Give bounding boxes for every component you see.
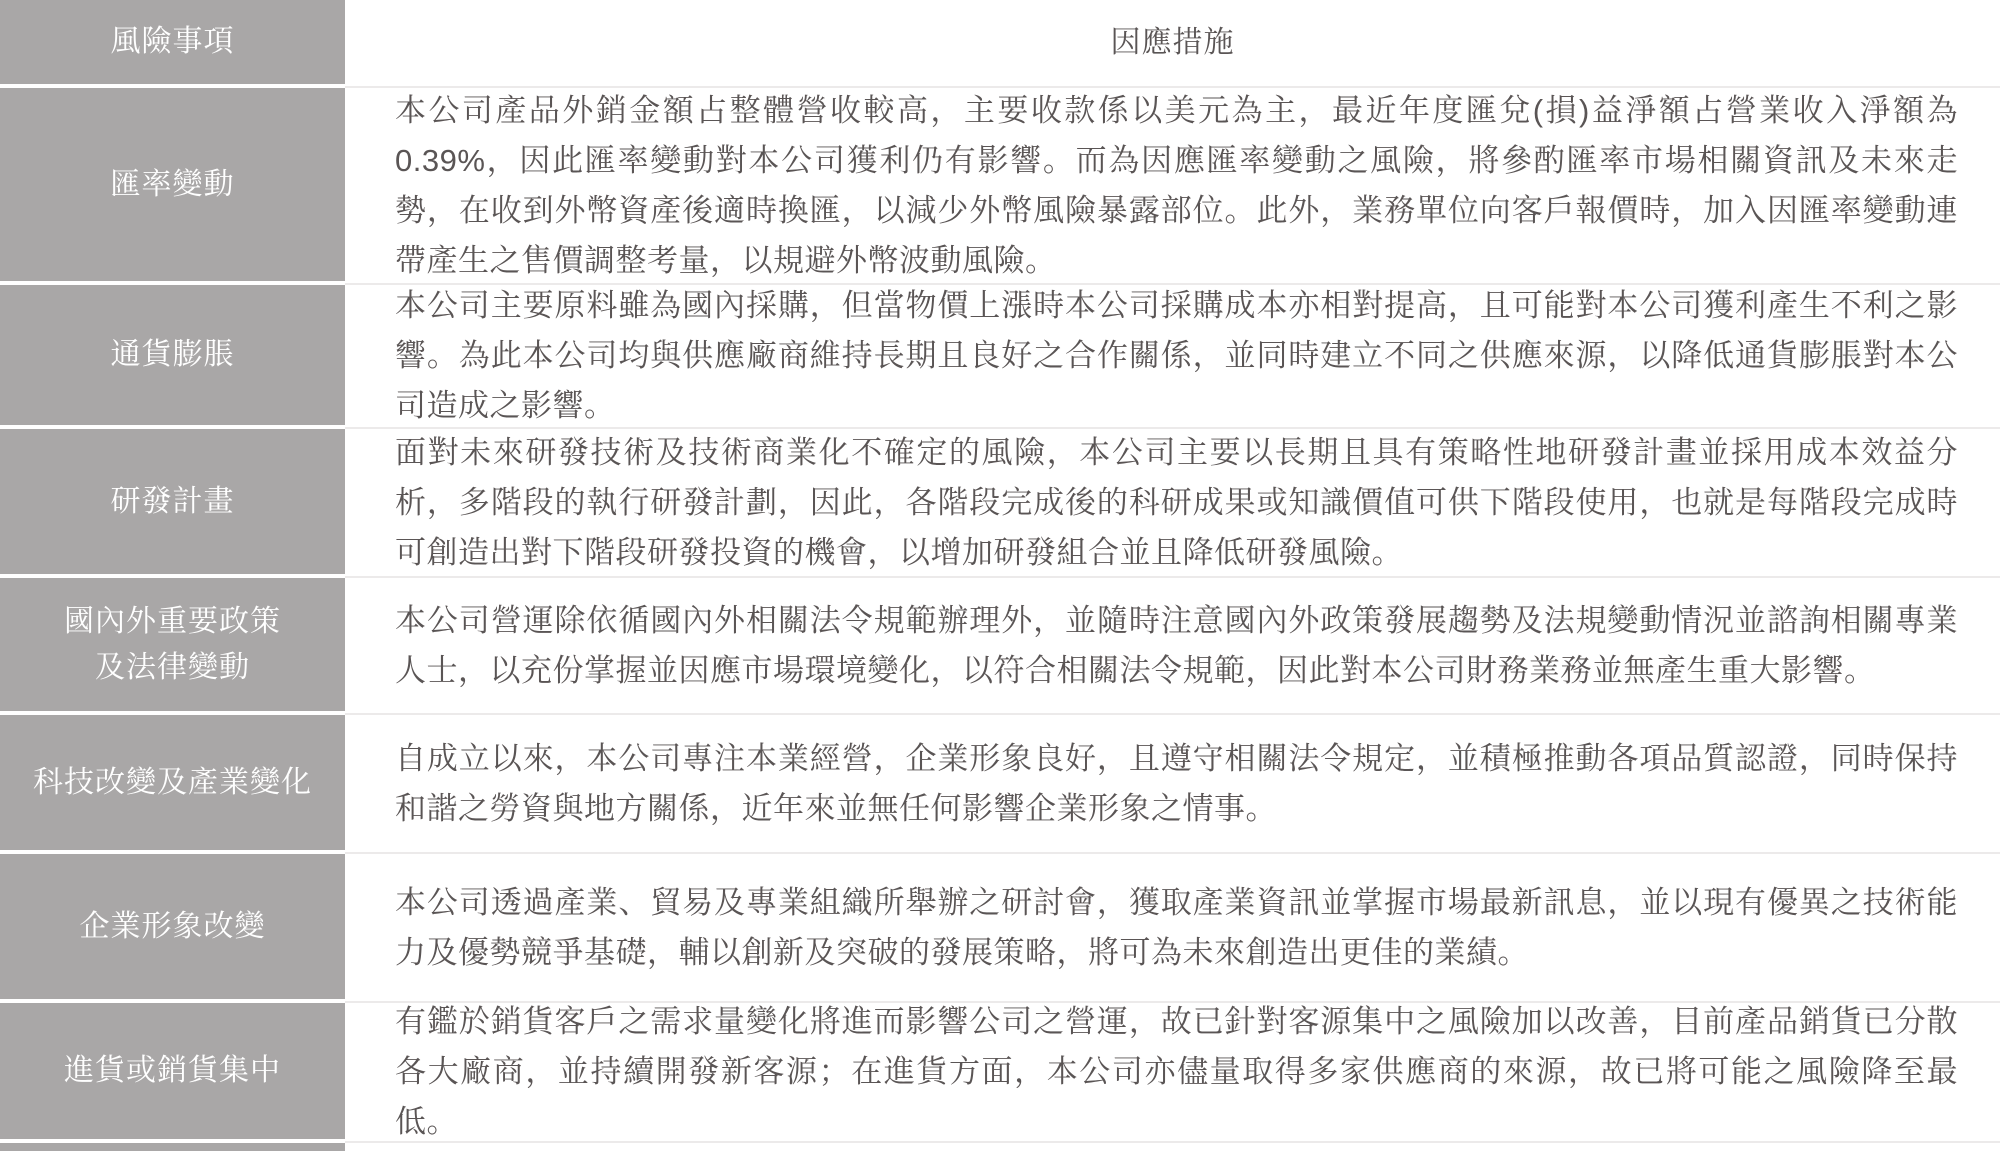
cutoff-gray-cell — [0, 1143, 345, 1151]
measure-cell: 本公司營運除依循國內外相關法令規範辦理外，並隨時注意國內外政策發展趨勢及法規變動… — [345, 578, 2000, 715]
cutoff-white-cell — [345, 1143, 2000, 1151]
risk-label-cell: 進貨或銷貨集中 — [0, 1003, 345, 1143]
table-header-row: 風險事項 因應措施 — [0, 0, 2000, 88]
measure-cell: 本公司透過產業、貿易及專業組織所舉辦之研討會，獲取產業資訊並掌握市場最新訊息，並… — [345, 854, 2000, 1003]
next-row-cutoff-sliver — [0, 1143, 2000, 1151]
risk-measures-table: 風險事項 因應措施 匯率變動 本公司產品外銷金額占整體營收較高，主要收款係以美元… — [0, 0, 2000, 1151]
risk-label-cell: 企業形象改變 — [0, 854, 345, 1003]
table-row-corporate-image: 企業形象改變 本公司透過產業、貿易及專業組織所舉辦之研討會，獲取產業資訊並掌握市… — [0, 854, 2000, 1003]
table-row-rd-plan: 研發計畫 面對未來研發技術及技術商業化不確定的風險，本公司主要以長期且具有策略性… — [0, 429, 2000, 578]
table-row-exchange-rate: 匯率變動 本公司產品外銷金額占整體營收較高，主要收款係以美元為主，最近年度匯兌(… — [0, 88, 2000, 285]
measures-column-header: 因應措施 — [345, 0, 2000, 88]
table-row-policy-law: 國內外重要政策 及法律變動 本公司營運除依循國內外相關法令規範辦理外，並隨時注意… — [0, 578, 2000, 715]
table-row-purchase-sales-concentration: 進貨或銷貨集中 有鑑於銷貨客戶之需求量變化將進而影響公司之營運，故已針對客源集中… — [0, 1003, 2000, 1143]
risk-label-cell: 匯率變動 — [0, 88, 345, 285]
table-row-inflation: 通貨膨脹 本公司主要原料雖為國內採購，但當物價上漲時本公司採購成本亦相對提高，且… — [0, 285, 2000, 429]
risk-label-cell: 科技改變及產業變化 — [0, 715, 345, 854]
measure-cell: 本公司產品外銷金額占整體營收較高，主要收款係以美元為主，最近年度匯兌(損)益淨額… — [345, 88, 2000, 285]
measure-cell: 自成立以來，本公司專注本業經營，企業形象良好，且遵守相關法令規定，並積極推動各項… — [345, 715, 2000, 854]
risk-label-cell: 研發計畫 — [0, 429, 345, 578]
risk-label-cell: 國內外重要政策 及法律變動 — [0, 578, 345, 715]
risk-column-header: 風險事項 — [0, 0, 345, 88]
risk-label-cell: 通貨膨脹 — [0, 285, 345, 429]
measure-cell: 有鑑於銷貨客戶之需求量變化將進而影響公司之營運，故已針對客源集中之風險加以改善，… — [345, 1003, 2000, 1143]
measure-cell: 面對未來研發技術及技術商業化不確定的風險，本公司主要以長期且具有策略性地研發計畫… — [345, 429, 2000, 578]
measure-cell: 本公司主要原料雖為國內採購，但當物價上漲時本公司採購成本亦相對提高，且可能對本公… — [345, 285, 2000, 429]
table-row-tech-industry-change: 科技改變及產業變化 自成立以來，本公司專注本業經營，企業形象良好，且遵守相關法令… — [0, 715, 2000, 854]
